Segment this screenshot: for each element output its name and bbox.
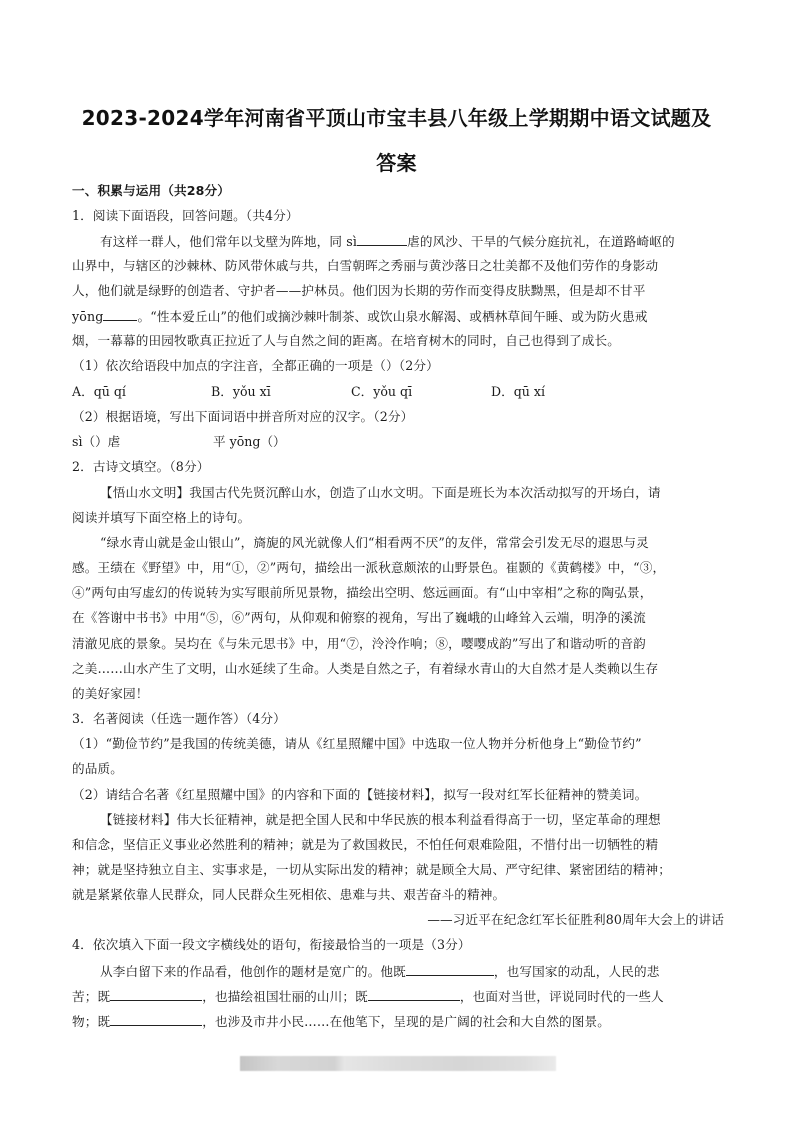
question-1-heading: 1．阅读下面语段，回答问题。（共4分） <box>72 208 724 224</box>
passage-line: 从李白留下来的作品看，他创作的题材是宽广的。他既，也写国家的动乱，人民的悲 <box>100 963 724 980</box>
passage-line: 有这样一群人，他们常年以戈壁为阵地，同 sì虐的风沙、干旱的气候分庭抗礼，在道路… <box>100 233 724 250</box>
passage-line: 人，他们就是绿野的创造者、守护者——护林员。他们因为长期的劳作而变得皮肤黝黑，但… <box>72 283 724 299</box>
sub-question-1-continued: 的品质。 <box>72 761 724 777</box>
material-line: 神；就是坚持独立自主、实事求是，一切从实际出发的精神；就是顾全大局、严守纪律、紧… <box>72 862 724 878</box>
passage-line: 苦；既，也描绘祖国壮丽的山川；既，也面对当世，评说同时代的一些人 <box>72 988 724 1005</box>
fill-item-a: sì（）虐 <box>72 434 120 450</box>
passage-text: ，也面对当世，评说同时代的一些人 <box>460 989 664 1004</box>
passage-text: 。“性本爱丘山”的他们或摘沙棘叶制茶、或饮山泉水解渴、或栖林草间午睡、或为防火患… <box>137 309 647 324</box>
passage-line: 山界中，与辖区的沙棘林、防风带休戚与共，白雪朝晖之秀丽与黄沙落日之壮美都不及他们… <box>72 258 724 274</box>
option-b[interactable]: B．yǒu xī <box>211 384 271 400</box>
answer-blank[interactable] <box>110 988 202 1001</box>
material-source: ——习近平在纪念红军长征胜利80周年大会上的讲话 <box>72 912 724 928</box>
sub-question-2: （2）根据语境，写出下面词语中拼音所对应的汉字。（2分） <box>72 409 724 425</box>
answer-blank[interactable] <box>357 233 407 246</box>
passage-line: 感。王绩在《野望》中，用“①，②”两句，描绘出一派秋意颇浓的山野景色。崔颢的《黄… <box>72 560 724 576</box>
answer-blank[interactable] <box>368 988 460 1001</box>
material-line: 和信念，坚信正义事业必然胜利的精神；就是为了救国救民，不怕任何艰难险阻，不惜付出… <box>72 837 724 853</box>
passage-text: yōng <box>72 309 103 324</box>
document-title: 2023-2024学年河南省平顶山市宝丰县八年级上学期期中语文试题及 <box>70 102 723 131</box>
sub-question-1: （1）“勤俭节约”是我国的传统美德，请从《红星照耀中国》中选取一位人物并分析他身… <box>72 736 724 752</box>
material-line: 就是紧紧依靠人民群众，同人民群众生死相依、患难与共、艰苦奋斗的精神。 <box>72 887 724 903</box>
passage-text: ，也写国家的动乱，人民的悲 <box>494 964 660 979</box>
passage-line: 的美好家园！ <box>72 686 724 702</box>
passage-line: yōng。“性本爱丘山”的他们或摘沙棘叶制茶、或饮山泉水解渴、或栖林草间午睡、或… <box>72 308 724 325</box>
answer-blank[interactable] <box>110 1013 202 1026</box>
fill-item-b: 平 yōng（） <box>213 434 286 450</box>
sub-question-2: （2）请结合名著《红星照耀中国》的内容和下面的【链接材料】，拟写一段对红军长征精… <box>72 787 724 803</box>
option-d[interactable]: D．qū xí <box>491 384 545 400</box>
document-title-continued: 答案 <box>70 147 723 176</box>
passage-text: ，也涉及市井小民……在他笔下，呈现的是广阔的社会和大自然的图景。 <box>202 1014 610 1029</box>
material-line: 【链接材料】伟大长征精神，就是把全国人民和中华民族的根本利益看得高于一切，坚定革… <box>100 812 724 828</box>
answer-blank[interactable] <box>406 963 494 976</box>
passage-line: 烟，一幕幕的田园牧歌真正拉近了人与自然之间的距离。在培育树木的同时，自己也得到了… <box>72 333 724 349</box>
passage-text: 从李白留下来的作品看，他创作的题材是宽广的。他既 <box>100 964 406 979</box>
exam-page: 2023-2024学年河南省平顶山市宝丰县八年级上学期期中语文试题及 答案 一、… <box>0 0 793 1122</box>
option-a[interactable]: A．qū qí <box>72 384 126 400</box>
passage-text: 物；既 <box>72 1014 110 1029</box>
passage-line: “绿水青山就是金山银山”，旖旎的风光就像人们“相看两不厌”的友伴，常常会引发无尽… <box>100 535 724 551</box>
passage-line: 清澈见底的景象。吴均在《与朱元思书》中，用“⑦，泠泠作响；⑧，嘤嘤成韵”写出了和… <box>72 636 724 652</box>
sub-question-1: （1）依次给语段中加点的字注音，全都正确的一项是（）（2分） <box>72 358 724 374</box>
question-3-heading: 3．名著阅读（任选一题作答）（4分） <box>72 711 724 727</box>
option-c[interactable]: C．yǒu qī <box>351 384 412 400</box>
passage-text: 虐的风沙、干旱的气候分庭抗礼，在道路崎岖的 <box>407 234 675 249</box>
passage-line: 之美……山水产生了文明，山水延续了生命。人类是自然之子，有着绿水青山的大自然才是… <box>72 661 724 677</box>
passage-text: 苦；既 <box>72 989 110 1004</box>
question-4-heading: 4．依次填入下面一段文字横线处的语句，衔接最恰当的一项是（3分） <box>72 937 724 953</box>
passage-text: ，也描绘祖国壮丽的山川；既 <box>202 989 368 1004</box>
passage-text: 有这样一群人，他们常年以戈壁为阵地，同 sì <box>100 234 357 249</box>
question-2-heading: 2．古诗文填空。（8分） <box>72 459 724 475</box>
section-heading: 一、积累与运用（共28分） <box>72 183 724 199</box>
passage-line: 物；既，也涉及市井小民……在他笔下，呈现的是广阔的社会和大自然的图景。 <box>72 1013 724 1030</box>
passage-line: 在《答谢中书书》中用“⑤，⑥”两句，从仰观和俯察的视角，写出了巍峨的山峰耸入云端… <box>72 610 724 626</box>
passage-line: ④”两句由写虚幻的传说转为实写眼前所见景物，描绘出空明、悠远画面。有“山中宰相”… <box>72 585 724 601</box>
answer-blank[interactable] <box>103 308 137 321</box>
intro-line: 阅读并填写下面空格上的诗句。 <box>72 510 724 526</box>
blurred-watermark <box>240 1056 556 1071</box>
intro-line: 【悟山水文明】我国古代先贤沉醉山水，创造了山水文明。下面是班长为本次活动拟写的开… <box>100 485 724 501</box>
